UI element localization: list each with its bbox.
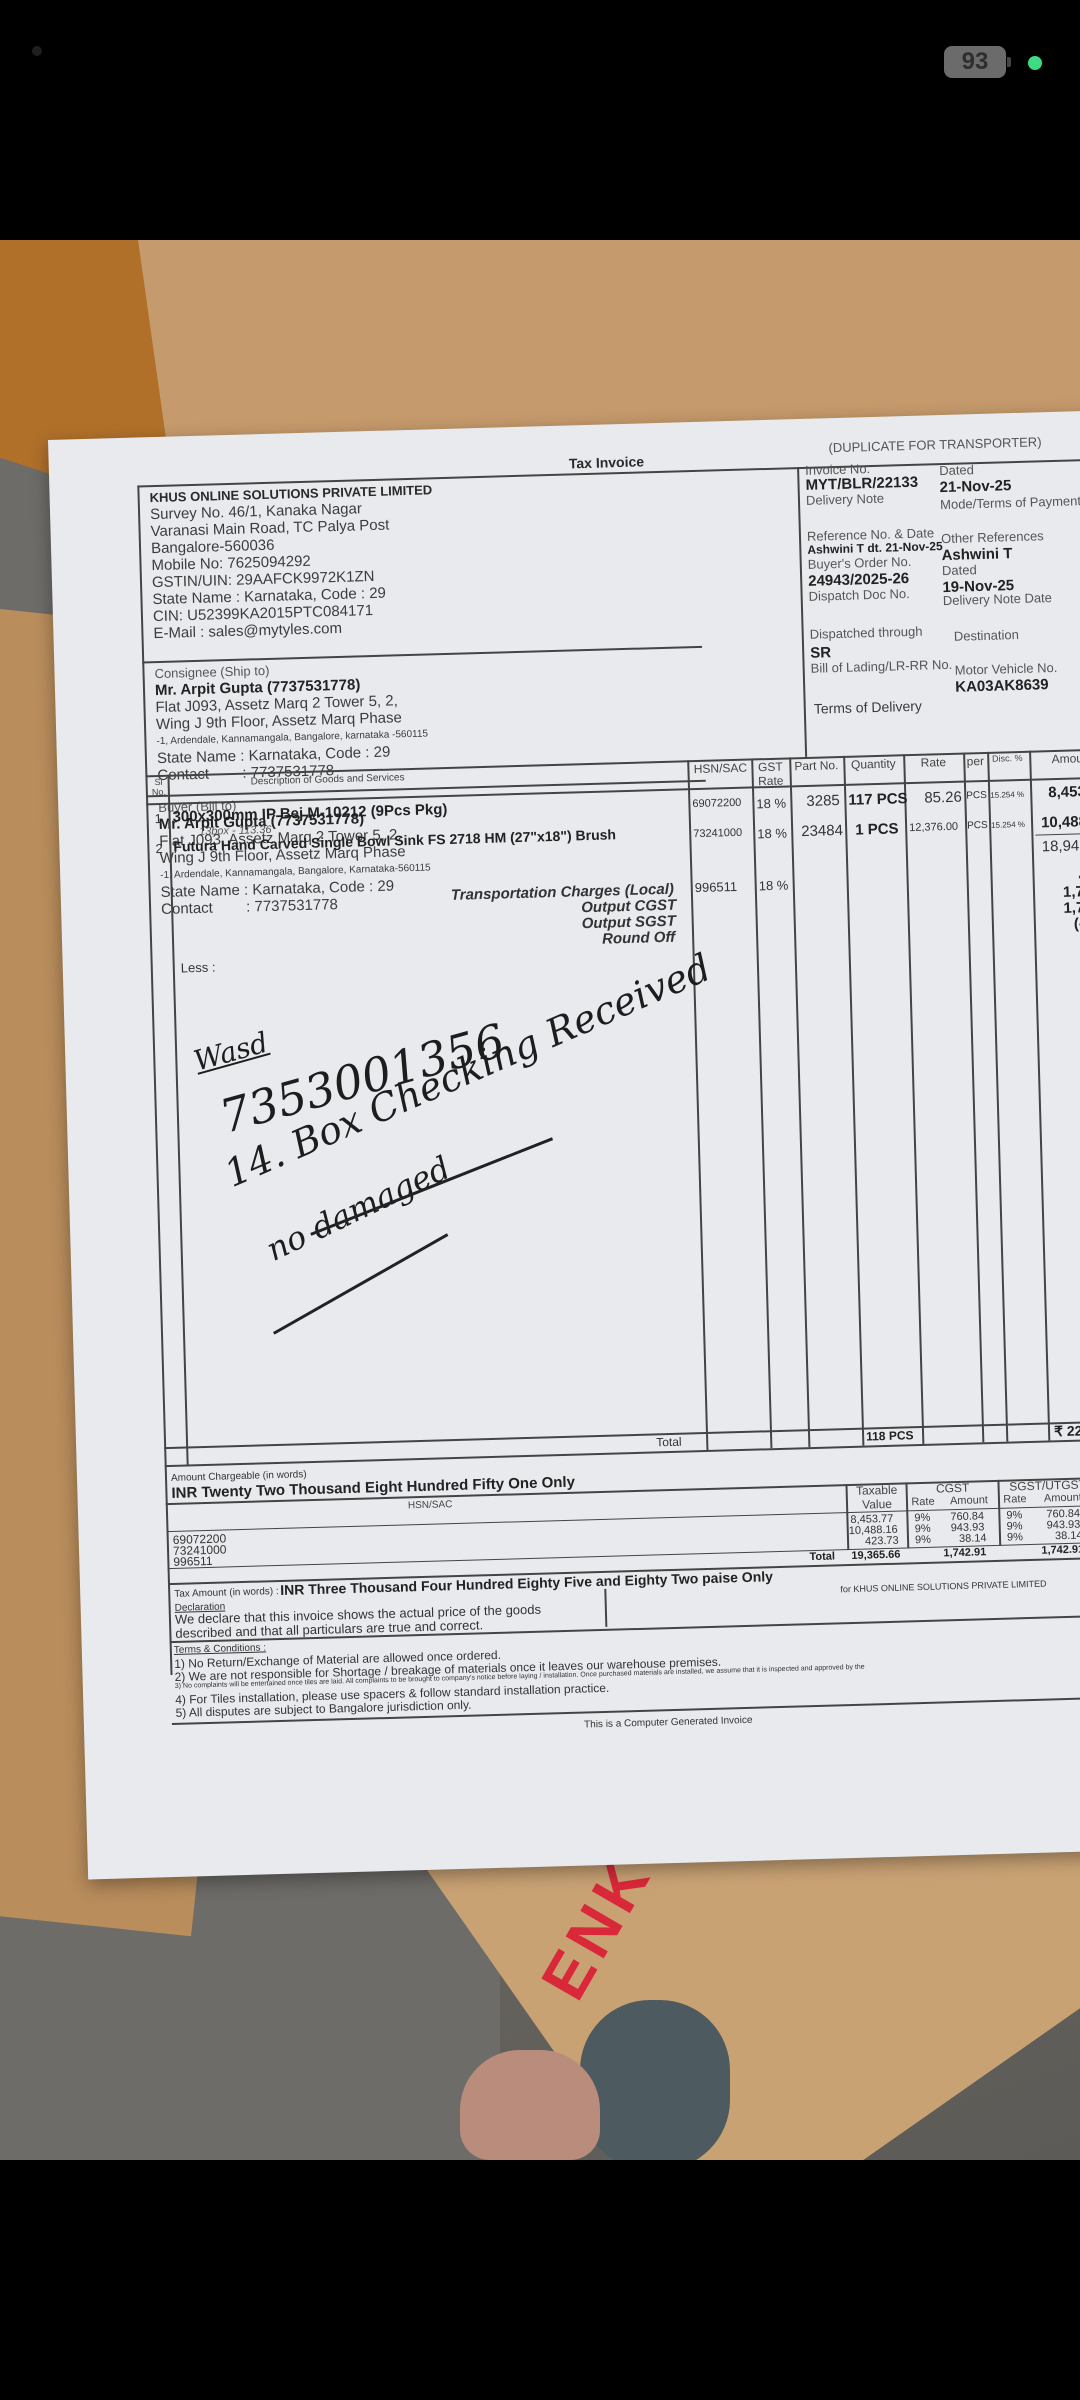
tax-col-taxable: Taxable Value (847, 1482, 906, 1512)
tax-row-cgst-rate: 9% (915, 1534, 931, 1546)
handwritten-name: Wasd (190, 1026, 271, 1078)
dispatch-doc-label: Dispatch Doc No. (808, 586, 910, 604)
photo-viewer[interactable]: ENK Tax Invoice (DUPLICATE FOR TRANSPORT… (0, 240, 1080, 2160)
destination-label: Destination (954, 627, 1019, 644)
col-quantity: Quantity (843, 756, 903, 772)
divider (963, 753, 984, 1443)
row-rate: 85.26 (924, 789, 962, 807)
privacy-indicator-icon (1028, 56, 1042, 70)
row-hsn: 73241000 (693, 827, 742, 840)
cgst-amount-label: Amount (940, 1494, 998, 1508)
less-label: Less : (181, 960, 216, 976)
row-amount: 8,453 (1048, 783, 1080, 801)
divider (789, 757, 810, 1447)
row-amount: 10,488 (1041, 813, 1080, 831)
charge-cgst-amount: 1,742 (1063, 883, 1080, 901)
tax-row-sgst-amount: 38.14 (1055, 1530, 1080, 1543)
battery-icon: 93 (944, 46, 1006, 78)
tax-total-cgst: 1,742.91 (943, 1546, 986, 1559)
tax-in-words-label: Tax Amount (in words) : (174, 1586, 279, 1600)
tax-row-cgst-amount: 38.14 (959, 1532, 987, 1545)
charge-roundoff-amount: (-)0. (1074, 915, 1080, 933)
camera-cutout-icon (32, 46, 42, 56)
row-gst-rate: 18 % (756, 796, 786, 812)
total-label: Total (656, 1435, 682, 1450)
row-part-no: 23484 (801, 822, 843, 840)
subtotal: 18,941 (1042, 837, 1080, 855)
bill-of-lading-label: Bill of Lading/LR-RR No. (810, 657, 952, 676)
row-sl: 2 (155, 841, 163, 856)
divider (1035, 831, 1080, 835)
charge-sgst-amount: 1,742 (1063, 899, 1080, 917)
signatory-for: for KHUS ONLINE SOLUTIONS PRIVATE LIMITE… (840, 1579, 1046, 1595)
row-per: PCS (967, 820, 988, 832)
divider (687, 760, 708, 1450)
col-sl: Sl No. (151, 777, 166, 797)
tax-row-sgst-rate: 9% (1007, 1531, 1023, 1543)
divider (751, 758, 772, 1448)
sgst-rate-label: Rate (1000, 1493, 1030, 1506)
divider (903, 754, 924, 1444)
invoice-title: Tax Invoice (569, 453, 645, 471)
divider (165, 1437, 1080, 1467)
status-bar: 93 (0, 0, 1080, 120)
tax-col-hsn: HSN/SAC (408, 1499, 453, 1511)
motor-vehicle-no: KA03AK8639 (955, 676, 1049, 696)
invoice-paper: Tax Invoice (DUPLICATE FOR TRANSPORTER) … (48, 409, 1080, 1879)
payment-terms-label: Mode/Terms of Payment (940, 493, 1080, 512)
total-amount: ₹ 22,851. (1054, 1422, 1080, 1441)
row-disc: 15.254 % (991, 820, 1025, 830)
row-sl: 1 (154, 811, 162, 826)
row-disc: 15.254 % (990, 790, 1024, 800)
col-disc: Disc. % (987, 753, 1027, 764)
divider (843, 756, 864, 1446)
divider (797, 467, 807, 757)
footer-note: This is a Computer Generated Invoice (584, 1715, 753, 1731)
dispatched-through-label: Dispatched through (810, 624, 923, 642)
consignee-block: Consignee (Ship to) Mr. Arpit Gupta (773… (154, 658, 429, 785)
tax-row-taxable: 423.73 (865, 1535, 899, 1548)
col-hsn: HSN/SAC (689, 760, 751, 776)
divider (604, 1589, 607, 1627)
other-references-value: Ashwini T (941, 545, 1012, 564)
terms-of-delivery-label: Terms of Delivery (814, 698, 923, 717)
tax-total-taxable: 19,365.66 (851, 1549, 900, 1562)
order-dated-label: Dated (942, 562, 977, 578)
dispatched-through: SR (810, 644, 831, 662)
buyers-order-label: Buyer's Order No. (808, 554, 912, 572)
charge-transport-hsn: 996511 (695, 879, 738, 895)
bottom-bar (0, 2160, 1080, 2400)
seller-block: KHUS ONLINE SOLUTIONS PRIVATE LIMITED Su… (149, 481, 436, 642)
motor-vehicle-label: Motor Vehicle No. (955, 660, 1058, 678)
col-per: per (963, 754, 987, 769)
col-part-no: Part No. (789, 758, 843, 774)
charge-transport-gst: 18 % (759, 878, 789, 894)
hand-finger (460, 2050, 600, 2160)
buyer-contact-label: Contact (161, 900, 213, 918)
dated-label: Dated (939, 462, 974, 478)
divider (987, 752, 1008, 1442)
sgst-amount-label: Amount (1032, 1491, 1080, 1505)
total-quantity: 118 PCS (866, 1428, 914, 1443)
buyer-contact: : 7737531778 (246, 896, 338, 916)
tax-total-sgst: 1,742.91 (1041, 1544, 1080, 1557)
cgst-rate-label: Rate (908, 1496, 938, 1509)
col-amount: Amount (1032, 750, 1080, 766)
row-quantity: 117 PCS (848, 790, 908, 809)
invoice-date: 21-Nov-25 (939, 477, 1011, 496)
row-per: PCS (966, 790, 987, 802)
delivery-note-date-label: Delivery Note Date (943, 590, 1052, 608)
delivery-note-label: Delivery Note (806, 491, 884, 508)
row-hsn: 69072200 (692, 797, 741, 810)
cloth-object (580, 2000, 730, 2160)
col-gst-rate: GST Rate (751, 759, 790, 788)
row-gst-rate: 18 % (757, 826, 787, 842)
other-references-label: Other References (941, 528, 1044, 546)
charge-roundoff-label: Round Off (602, 929, 675, 948)
row-quantity: 1 PCS (855, 820, 899, 838)
tax-total-label: Total (809, 1550, 835, 1563)
row-part-no: 3285 (806, 792, 840, 810)
row-rate: 12,376.00 (909, 821, 958, 834)
col-rate: Rate (903, 755, 963, 771)
copy-label: (DUPLICATE FOR TRANSPORTER) (828, 434, 1041, 455)
